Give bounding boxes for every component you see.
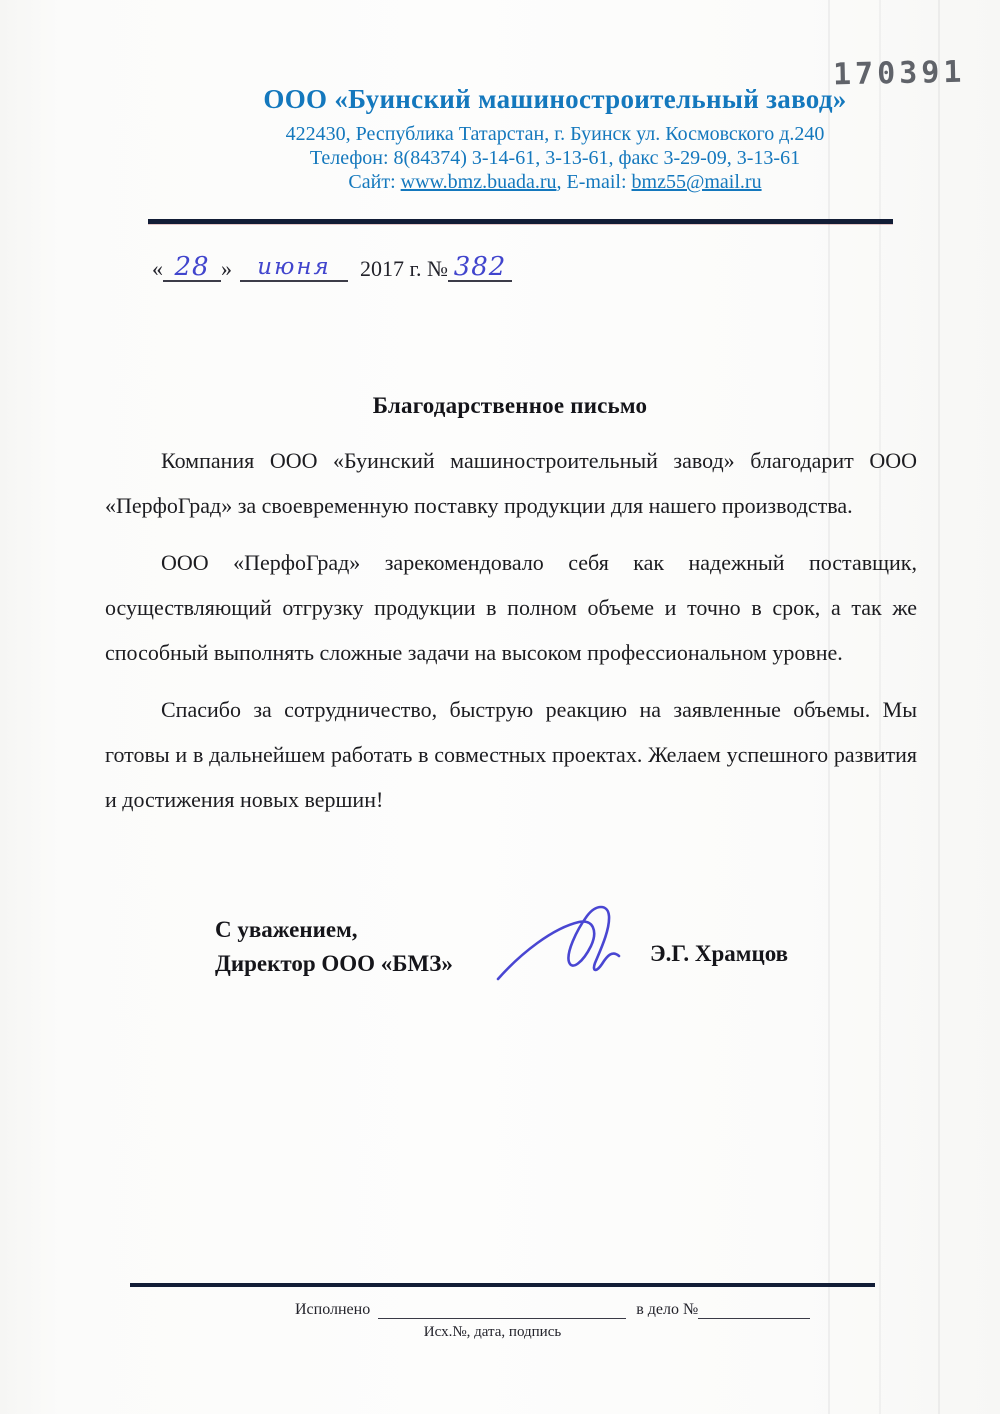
scanned-letter-page: 170391 ООО «Буинский машиностроительный … xyxy=(0,0,1000,1414)
handwritten-outgoing-number: 382 xyxy=(454,252,507,282)
year-and-number-label: 2017 г. № xyxy=(360,256,448,281)
body-paragraph: Спасибо за сотрудничество, быструю реакц… xyxy=(105,687,917,822)
open-quote: « xyxy=(152,256,163,281)
company-phone-line: Телефон: 8(84374) 3-14-61, 3-13-61, факс… xyxy=(110,146,1000,170)
executed-label: Исполнено xyxy=(295,1301,370,1318)
handwritten-month: июня xyxy=(257,254,330,280)
body-paragraph: ООО «ПерфоГрад» зарекомендовало себя как… xyxy=(105,540,917,675)
day-blank: 28 xyxy=(163,252,221,282)
date-number-line: «28»июня2017 г. №382 xyxy=(152,252,512,282)
month-blank: июня xyxy=(240,252,348,282)
company-address: 422430, Республика Татарстан, г. Буинск … xyxy=(110,122,1000,146)
blank-caption: Исх.№, дата, подпись xyxy=(370,1324,615,1341)
company-contacts-line: Сайт: www.bmz.buada.ru, E-mail: bmz55@ma… xyxy=(110,170,1000,194)
letterhead: ООО «Буинский машиностроительный завод» … xyxy=(110,84,1000,194)
case-number-blank-line xyxy=(698,1303,810,1319)
handwritten-day: 28 xyxy=(174,252,209,282)
number-blank: 382 xyxy=(448,252,512,282)
signer-position: Директор ООО «БМЗ» xyxy=(215,947,453,981)
signature-block: С уважением, Директор ООО «БМЗ» xyxy=(215,913,453,981)
email-address: bmz55@mail.ru xyxy=(632,171,762,193)
close-quote: » xyxy=(221,256,232,281)
letter-title: Благодарственное письмо xyxy=(10,393,1000,419)
header-divider-rule xyxy=(148,219,893,224)
handwritten-signature-icon xyxy=(493,901,653,996)
site-label: Сайт: xyxy=(348,171,395,193)
case-label: в дело № xyxy=(636,1301,698,1318)
body-paragraph: Компания ООО «Буинский машиностроительны… xyxy=(105,438,917,528)
salutation: С уважением, xyxy=(215,913,453,947)
comma-separator: , xyxy=(557,171,562,193)
email-label: E-mail: xyxy=(567,171,627,193)
executed-blank-line xyxy=(378,1303,626,1319)
signer-name: Э.Г. Храмцов xyxy=(650,941,788,967)
footer-divider-rule xyxy=(130,1283,875,1287)
company-name: ООО «Буинский машиностроительный завод» xyxy=(110,84,1000,115)
website-url: www.bmz.buada.ru xyxy=(401,171,557,193)
letter-body: Компания ООО «Буинский машиностроительны… xyxy=(105,438,917,834)
footer-execution-line: Исполненов дело № Исх.№, дата, подпись xyxy=(295,1301,775,1319)
